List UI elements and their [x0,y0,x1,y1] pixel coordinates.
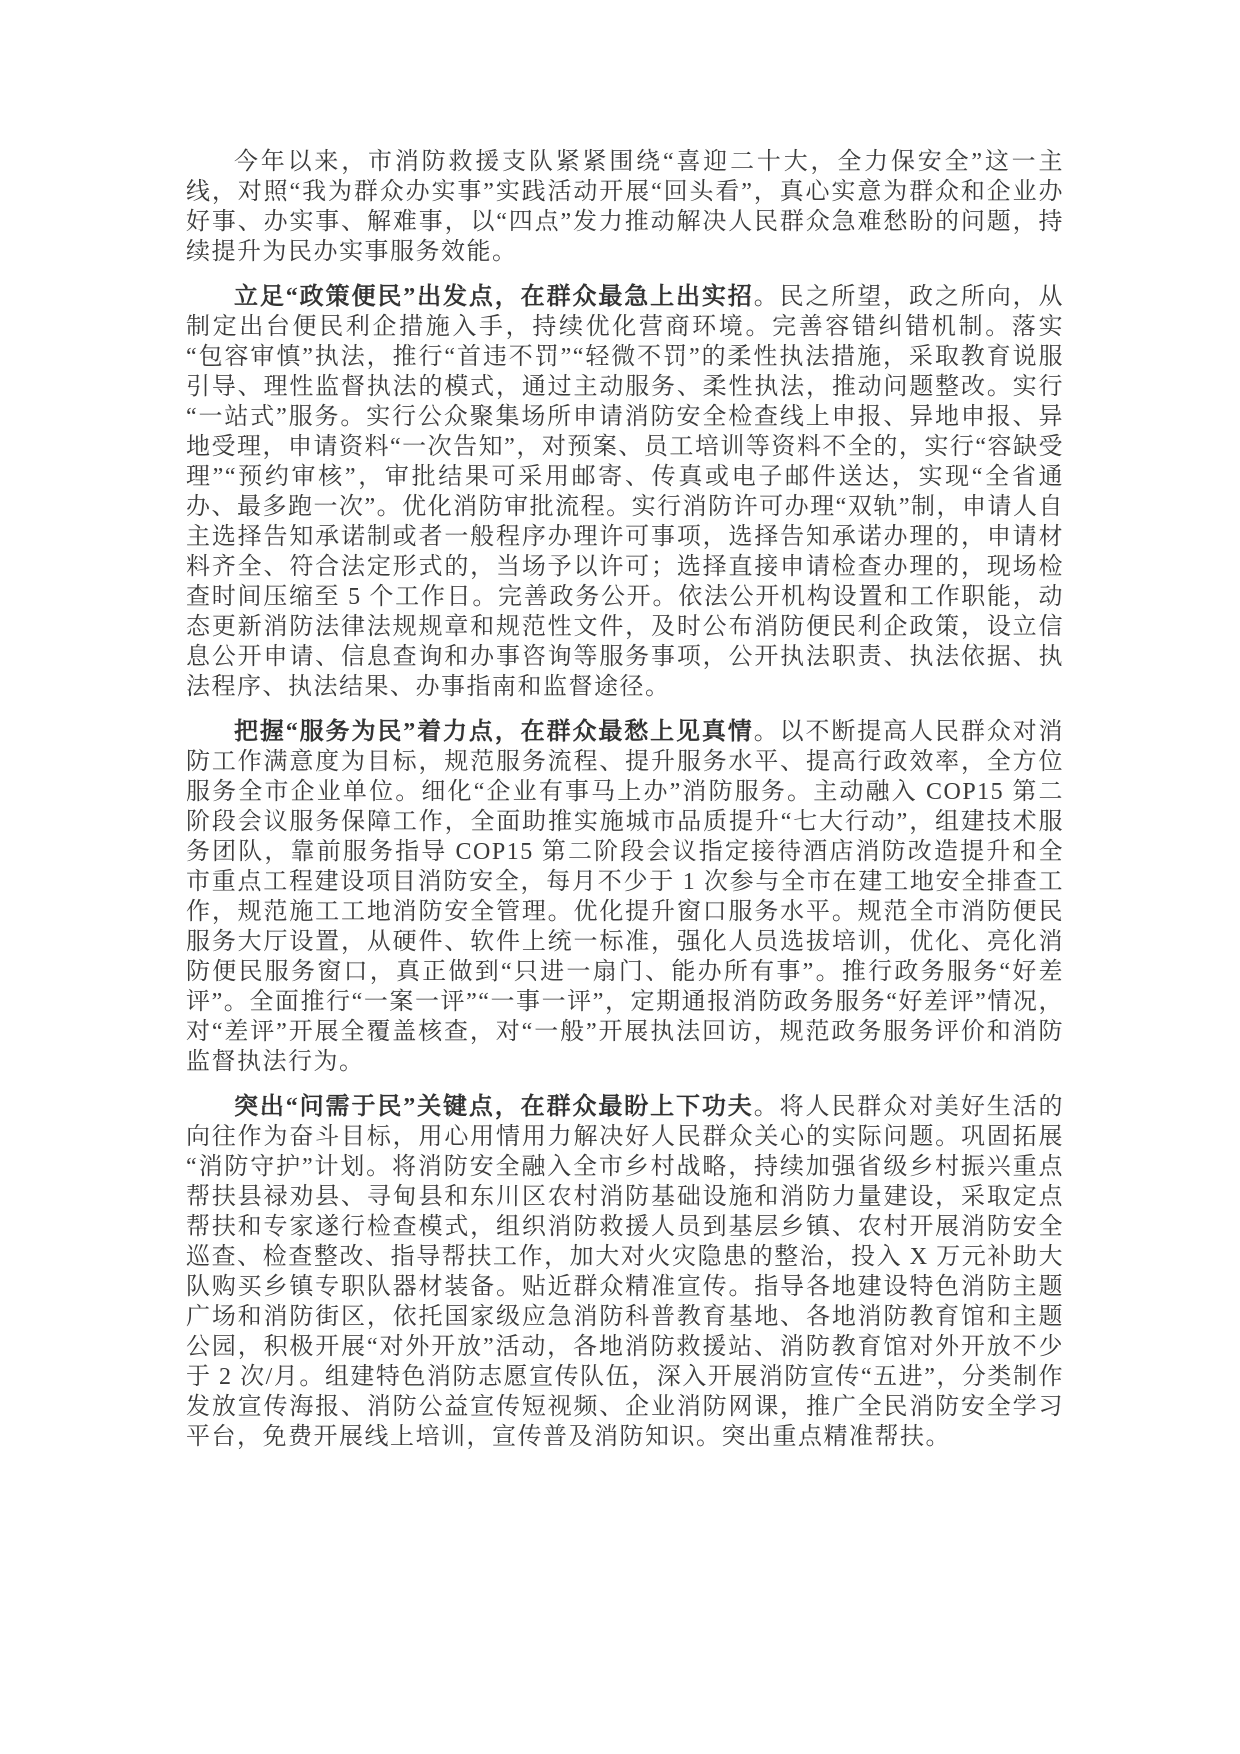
paragraph-service-for-people: 把握“服务为民”着力点，在群众最愁上见真情。以不断提高人民群众对消防工作满意度为… [186,717,1064,1077]
paragraph-ask-needs-lead: 突出“问需于民”关键点，在群众最盼上下功夫 [234,1094,754,1120]
paragraph-intro-body: 今年以来，市消防救援支队紧紧围绕“喜迎二十大，全力保安全”这一主线，对照“我为群… [186,149,1064,265]
paragraph-intro: 今年以来，市消防救援支队紧紧围绕“喜迎二十大，全力保安全”这一主线，对照“我为群… [186,147,1064,267]
paragraph-policy-convenience-body: 。民之所望，政之所向，从制定出台便民利企措施入手，持续优化营商环境。完善容错纠错… [186,284,1064,700]
paragraph-service-for-people-body: 。以不断提高人民群众对消防工作满意度为目标，规范服务流程、提升服务水平、提高行政… [186,719,1064,1075]
document-page: 今年以来，市消防救援支队紧紧围绕“喜迎二十大，全力保安全”这一主线，对照“我为群… [0,0,1240,1754]
paragraph-ask-needs-body: 。将人民群众对美好生活的向往作为奋斗目标，用心用情用力解决好人民群众关心的实际问… [186,1094,1064,1450]
document-content: 今年以来，市消防救援支队紧紧围绕“喜迎二十大，全力保安全”这一主线，对照“我为群… [186,147,1064,1452]
paragraph-policy-convenience-lead: 立足“政策便民”出发点，在群众最急上出实招 [234,284,754,310]
paragraph-service-for-people-lead: 把握“服务为民”着力点，在群众最愁上见真情 [234,719,754,745]
paragraph-ask-needs: 突出“问需于民”关键点，在群众最盼上下功夫。将人民群众对美好生活的向往作为奋斗目… [186,1092,1064,1452]
paragraph-policy-convenience: 立足“政策便民”出发点，在群众最急上出实招。民之所望，政之所向，从制定出台便民利… [186,282,1064,702]
